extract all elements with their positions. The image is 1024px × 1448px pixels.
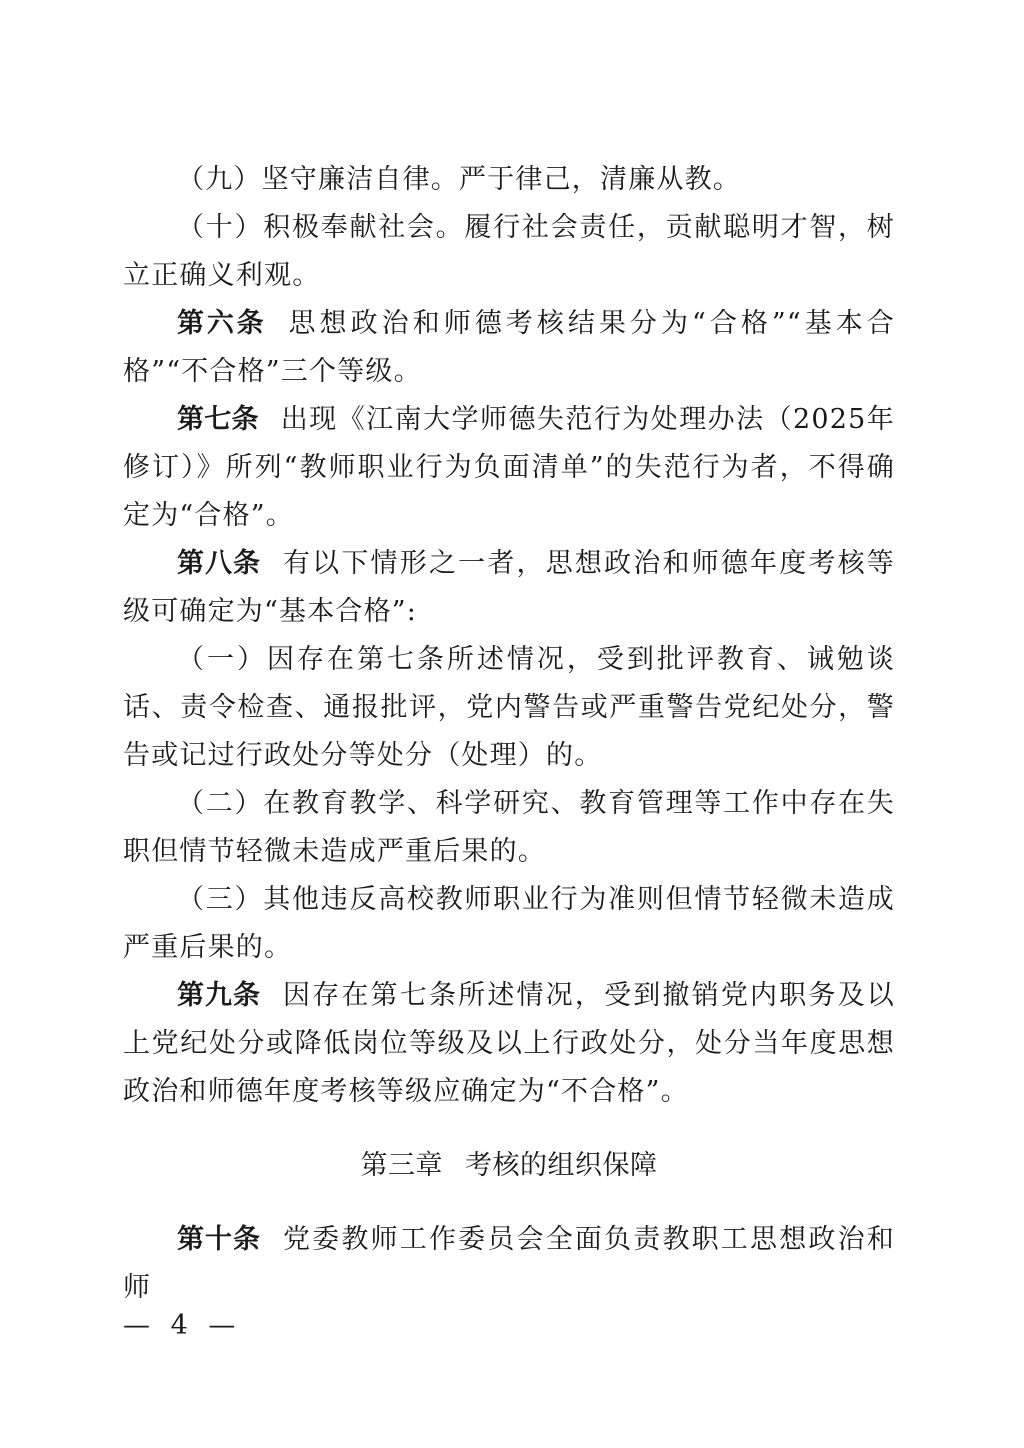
- item-nine: （九）坚守廉洁自律。严于律己，清廉从教。: [123, 156, 895, 204]
- article-six: 第六条思想政治和师德考核结果分为“合格”“基本合格”“不合格”三个等级。: [123, 300, 895, 396]
- item-three: （三）其他违反高校教师职业行为准则但情节轻微未造成严重后果的。: [123, 876, 895, 972]
- article-label: 第七条: [177, 404, 259, 435]
- item-two: （二）在教育教学、科学研究、教育管理等工作中存在失职但情节轻微未造成严重后果的。: [123, 780, 895, 876]
- chapter-number: 第三章: [361, 1150, 444, 1181]
- article-eight: 第八条有以下情形之一者，思想政治和师德年度考核等级可确定为“基本合格”:: [123, 540, 895, 636]
- paragraph-text: （一）因存在第七条所述情况，受到批评教育、诫勉谈话、责令检查、通报批评，党内警告…: [123, 644, 895, 771]
- document-page: （九）坚守廉洁自律。严于律己，清廉从教。 （十）积极奉献社会。履行社会责任，贡献…: [123, 156, 895, 1312]
- page-number: — 4 —: [123, 1310, 241, 1341]
- article-seven: 第七条出现《江南大学师德失范行为处理办法（2025年修订）》所列“教师职业行为负…: [123, 396, 895, 540]
- paragraph-text: （二）在教育教学、科学研究、教育管理等工作中存在失职但情节轻微未造成严重后果的。: [123, 788, 895, 867]
- item-one: （一）因存在第七条所述情况，受到批评教育、诫勉谈话、责令检查、通报批评，党内警告…: [123, 636, 895, 780]
- article-label: 第九条: [177, 980, 261, 1011]
- article-nine: 第九条因存在第七条所述情况，受到撤销党内职务及以上党纪处分或降低岗位等级及以上行…: [123, 972, 895, 1116]
- paragraph-text: （十）积极奉献社会。履行社会责任，贡献聪明才智，树立正确义利观。: [123, 212, 895, 291]
- article-ten: 第十条党委教师工作委员会全面负责教职工思想政治和师: [123, 1216, 895, 1312]
- chapter-title: 考核的组织保障: [465, 1150, 658, 1181]
- chapter-heading: 第三章考核的组织保障: [123, 1142, 895, 1190]
- article-label: 第八条: [177, 548, 261, 579]
- item-ten: （十）积极奉献社会。履行社会责任，贡献聪明才智，树立正确义利观。: [123, 204, 895, 300]
- article-label: 第十条: [177, 1224, 261, 1255]
- paragraph-text: （九）坚守廉洁自律。严于律己，清廉从教。: [177, 164, 741, 195]
- article-label: 第六条: [177, 308, 267, 339]
- paragraph-text: （三）其他违反高校教师职业行为准则但情节轻微未造成严重后果的。: [123, 884, 895, 963]
